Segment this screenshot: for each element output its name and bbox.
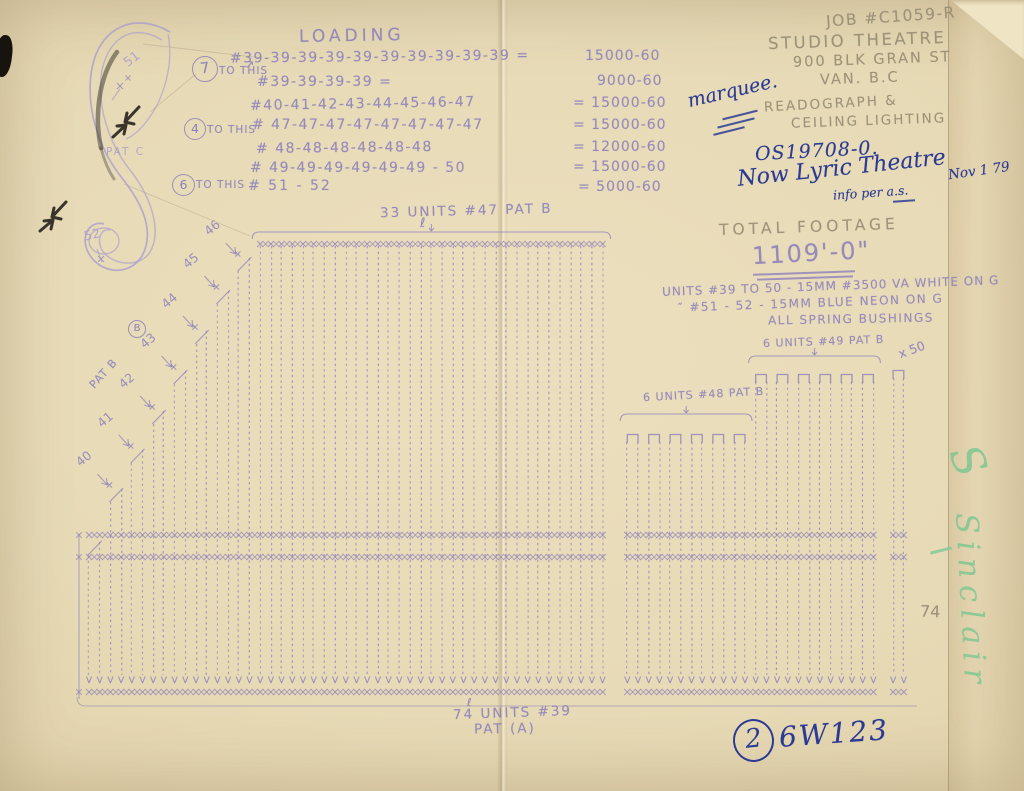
loading-title: LOADING — [299, 27, 405, 47]
loading-eq-1: #39-39-39-39-39-39-39-39-39-39 = — [230, 48, 530, 66]
page-number: 74 — [920, 604, 941, 621]
loading-val-1: 15000-60 — [585, 49, 660, 64]
circled-6: 6 — [172, 174, 195, 196]
to-this-note-4: TO THIS — [207, 125, 256, 136]
loading-eq-7: # 51 - 52 — [248, 179, 332, 194]
loading-val-2: 9000-60 — [597, 74, 663, 89]
circled-b: B — [128, 320, 146, 338]
units-note-3: ALL SPRING BUSHINGS — [768, 312, 934, 327]
loading-val-6: = 15000-60 — [573, 160, 667, 175]
svg-text:42: 42 — [115, 370, 137, 392]
svg-text:40: 40 — [73, 448, 95, 470]
signature-name: Sinclair — [949, 512, 991, 691]
svg-text:41: 41 — [94, 409, 116, 431]
svg-text:46: 46 — [201, 217, 223, 239]
loading-eq-2: #39-39-39-39 = — [257, 75, 392, 90]
center-line-mark-39: ℓ — [467, 697, 472, 709]
svg-text:44: 44 — [158, 290, 180, 312]
units-39-pattern: PAT (A) — [474, 721, 536, 736]
loading-eq-4: # 47-47-47-47-47-47-47-47 — [252, 118, 484, 133]
loading-eq-5: # 48-48-48-48-48-48 — [256, 140, 433, 157]
loading-val-7: = 5000-60 — [578, 180, 662, 195]
loading-eq-6: # 49-49-49-49-49-49 - 50 — [250, 161, 466, 176]
loading-val-3: = 15000-60 — [573, 96, 667, 111]
loading-val-5: = 12000-60 — [573, 140, 667, 155]
loading-val-4: = 15000-60 — [573, 118, 667, 133]
to-this-note-6: TO THIS — [196, 180, 245, 191]
svg-text:45: 45 — [180, 250, 202, 272]
sketch-unit-52: 52 — [83, 227, 102, 244]
total-footage-value: 1109'-0" — [751, 238, 871, 269]
scanned-worksheet-page: 40414243444546 LOADING 7 TO THIS ↗ #39-3… — [0, 0, 1024, 791]
circled-4: 4 — [184, 118, 206, 140]
sketch-pat-c: PAT C — [106, 147, 145, 158]
stamp-code: 6W123 — [778, 715, 890, 752]
center-line-mark-47: ℓ — [420, 217, 425, 231]
theatre-city: VAN. B.C — [820, 71, 900, 89]
